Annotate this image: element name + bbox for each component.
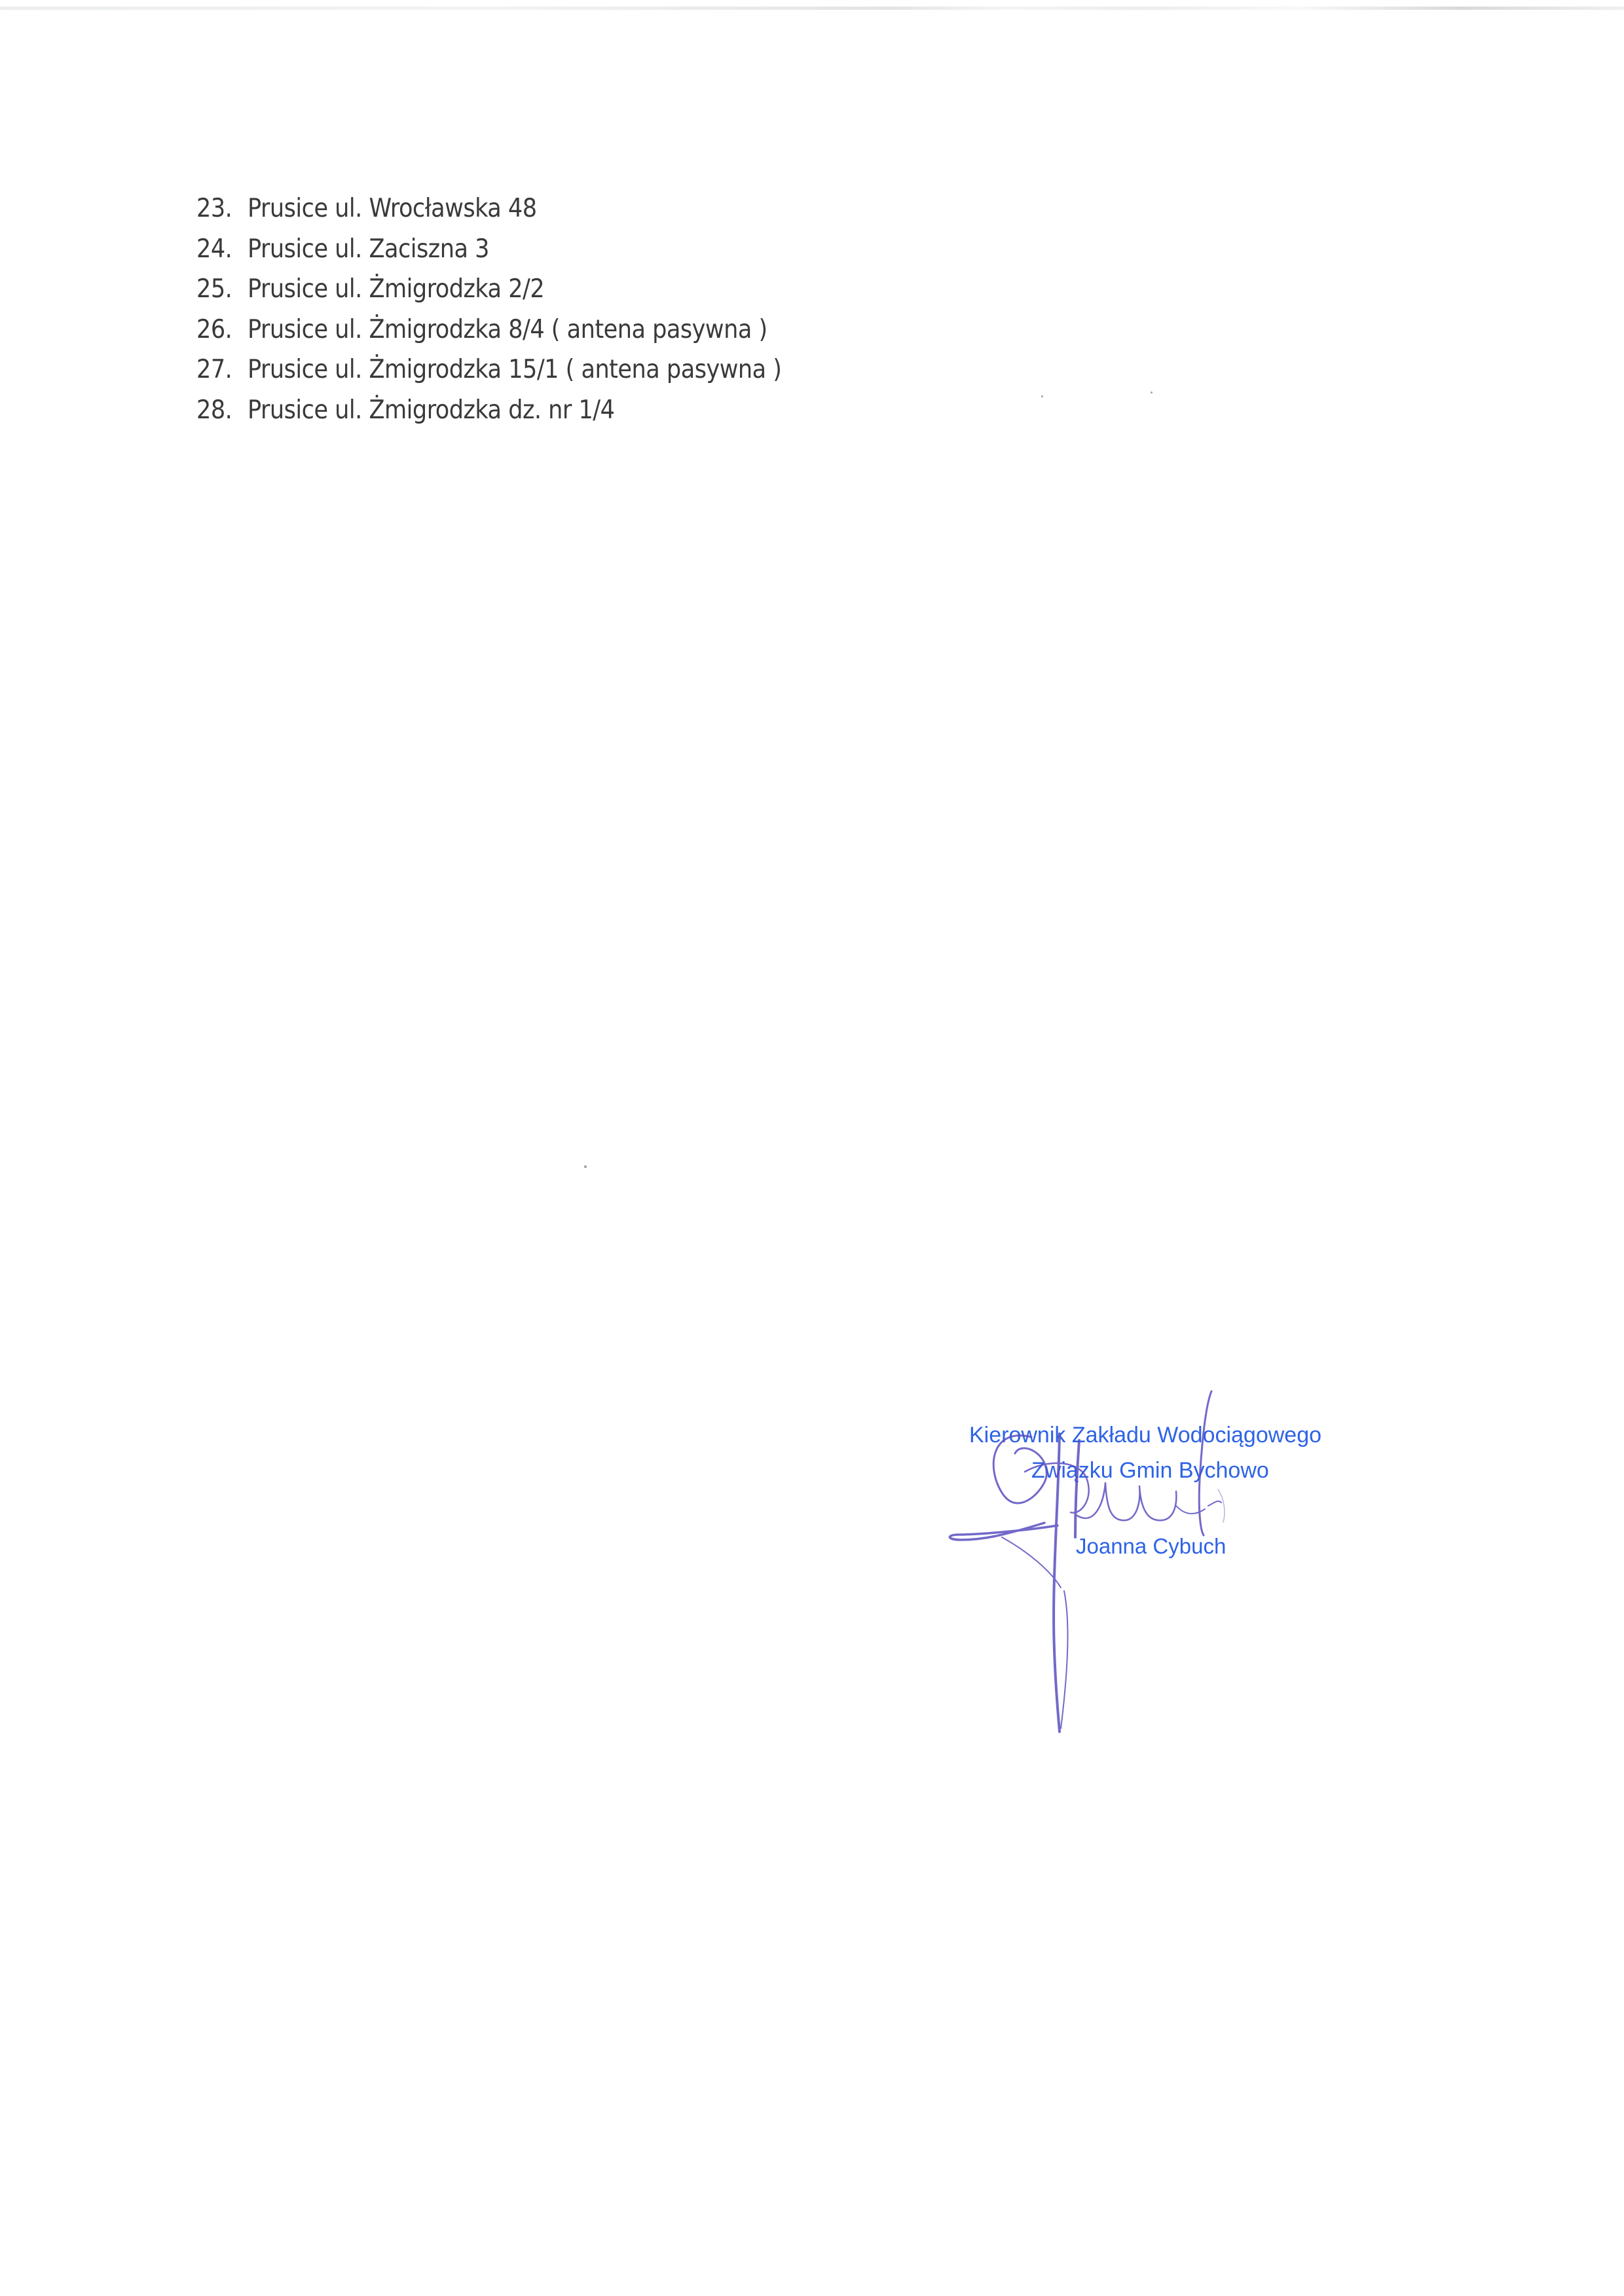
list-item-number: 25. [196,269,248,310]
list-item-text: Prusice ul. Żmigrodzka 15/1 ( antena pas… [248,350,782,390]
scan-speck [584,1165,587,1168]
list-item-text: Prusice ul. Zaciszna 3 [248,229,489,270]
list-item: 25. Prusice ul. Żmigrodzka 2/2 [196,269,782,310]
scan-speck [1041,395,1043,397]
list-item-number: 23. [196,189,248,229]
scan-top-edge [0,7,1624,10]
list-item-number: 28. [196,390,248,431]
list-item-text: Prusice ul. Wrocławska 48 [248,189,537,229]
stamp-title: Kierownik Zakładu Wodociągowego [969,1424,1321,1446]
list-item-number: 26. [196,310,248,350]
list-item: 24. Prusice ul. Zaciszna 3 [196,229,782,270]
list-item: 27. Prusice ul. Żmigrodzka 15/1 ( antena… [196,350,782,390]
list-item-text: Prusice ul. Żmigrodzka 8/4 ( antena pasy… [248,310,767,350]
list-item-text: Prusice ul. Żmigrodzka 2/2 [248,269,544,310]
stamp-name: Joanna Cybuch [1076,1535,1226,1557]
scan-speck [1151,392,1153,393]
list-item-number: 24. [196,229,248,270]
list-item-number: 27. [196,350,248,390]
list-item: 23. Prusice ul. Wrocławska 48 [196,189,782,229]
list-item-text: Prusice ul. Żmigrodzka dz. nr 1/4 [248,390,614,431]
location-list: 23. Prusice ul. Wrocławska 48 24. Prusic… [196,189,782,430]
stamp-organization: Związku Gmin Bychowo [1031,1459,1269,1482]
list-item: 28. Prusice ul. Żmigrodzka dz. nr 1/4 [196,390,782,431]
list-item: 26. Prusice ul. Żmigrodzka 8/4 ( antena … [196,310,782,350]
